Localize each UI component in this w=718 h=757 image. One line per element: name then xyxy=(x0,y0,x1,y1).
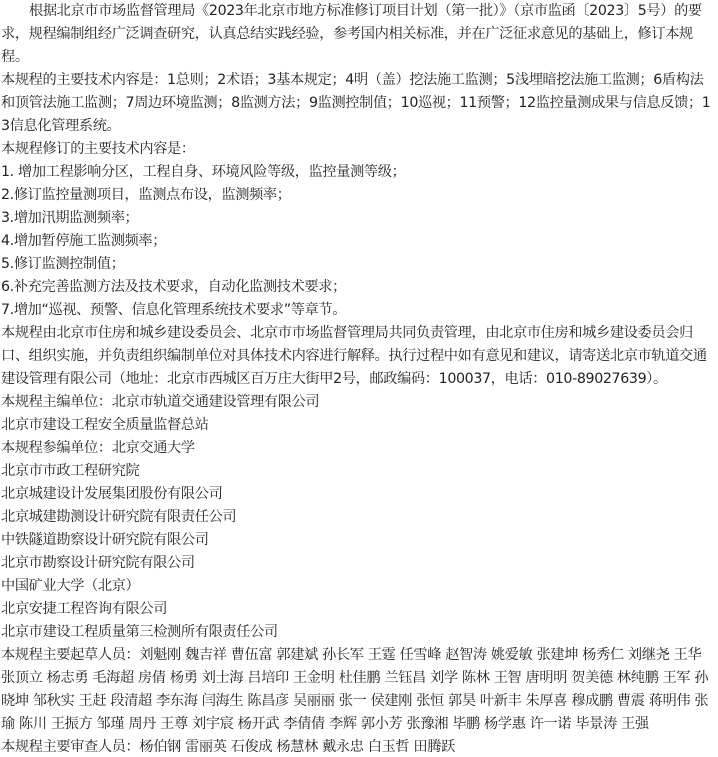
revision-item: 3.增加汛期监测频率； xyxy=(1,207,717,230)
chief-editor-unit: 本规程主编单位：北京市轨道交通建设管理有限公司 xyxy=(1,391,717,414)
drafters-paragraph: 本规程主要起草人员：刘魁刚 魏吉祥 曹伍富 郭建斌 孙长军 王霆 任雪峰 赵智涛… xyxy=(1,644,717,736)
participant-unit: 北京市市政工程研究院 xyxy=(1,460,717,483)
reviewers-paragraph: 本规程主要审查人员：杨伯钢 雷丽英 石俊成 杨慧林 戴永忠 白玉哲 田腾跃 xyxy=(1,736,717,757)
participant-unit: 中铁隧道勘察设计研究院有限公司 xyxy=(1,529,717,552)
participant-unit: 北京市建设工程质量第三检测所有限责任公司 xyxy=(1,621,717,644)
revision-item: 6.补充完善监测方法及技术要求，自动化监测技术要求； xyxy=(1,276,717,299)
revision-item: 2.修订监控量测项目，监测点布设，监测频率； xyxy=(1,184,717,207)
participant-unit: 北京城建勘测设计研究院有限责任公司 xyxy=(1,506,717,529)
revision-heading: 本规程修订的主要技术内容是： xyxy=(1,138,717,161)
participant-unit: 中国矿业大学（北京） xyxy=(1,575,717,598)
revision-item: 5.修订监测控制值； xyxy=(1,253,717,276)
main-content-paragraph: 本规程的主要技术内容是：1总则；2术语；3基本规定；4明（盖）挖法施工监测；5浅… xyxy=(1,69,717,138)
revision-item: 7.增加“巡视、预警、信息化管理系统技术要求”等章节。 xyxy=(1,299,717,322)
revision-item: 4.增加暂停施工监测频率； xyxy=(1,230,717,253)
revision-item: 1. 增加工程影响分区，工程自身、环境风险等级，监控量测等级； xyxy=(1,161,717,184)
chief-editor-unit-second: 北京市建设工程安全质量监督总站 xyxy=(1,414,717,437)
participant-unit: 北京市勘察设计研究院有限公司 xyxy=(1,552,717,575)
participant-unit: 北京安捷工程咨询有限公司 xyxy=(1,598,717,621)
participants-heading: 本规程参编单位：北京交通大学 xyxy=(1,437,717,460)
management-paragraph: 本规程由北京市住房和城乡建设委员会、北京市市场监督管理局共同负责管理，由北京市住… xyxy=(1,322,717,391)
intro-paragraph: 根据北京市市场监督管理局《2023年北京市地方标准修订项目计划（第一批）》（京市… xyxy=(1,0,717,69)
participant-unit: 北京城建设计发展集团股份有限公司 xyxy=(1,483,717,506)
document-body: 根据北京市市场监督管理局《2023年北京市地方标准修订项目计划（第一批）》（京市… xyxy=(0,0,717,757)
